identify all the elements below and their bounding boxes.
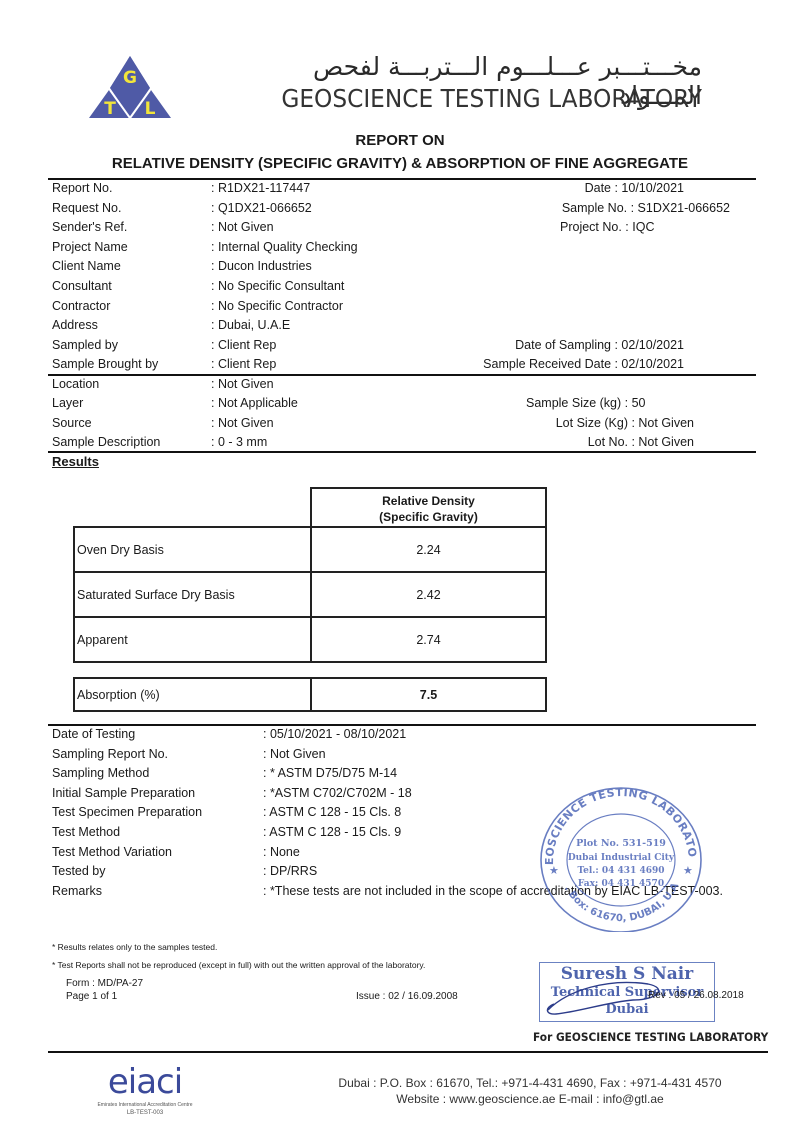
- row-label-oven-dry: Oven Dry Basis: [77, 528, 307, 571]
- date-of-sampling: Date of Sampling : 02/10/2021: [515, 338, 684, 352]
- for-lab-label: For GEOSCIENCE TESTING LABORATORY: [533, 1030, 768, 1044]
- report-heading: REPORT ON: [0, 132, 800, 149]
- info-row-request-no: Request No. : Q1DX21-066652 Sample No. :…: [52, 201, 752, 220]
- svg-text:L: L: [145, 99, 156, 119]
- value-ssd: 2.42: [312, 573, 545, 616]
- svg-text:Tel.: 04 431 4690: Tel.: 04 431 4690: [577, 866, 664, 876]
- report-date: Date : 10/10/2021: [585, 181, 684, 195]
- info-row-client-name: Client Name : Ducon Industries: [52, 259, 752, 278]
- value-oven-dry: 2.24: [312, 528, 545, 571]
- sample-row-layer: Layer : Not Applicable Sample Size (kg) …: [52, 396, 752, 415]
- gtl-logo: G T L: [88, 54, 172, 120]
- footer-contact: Website : www.geoscience.ae E-mail : inf…: [280, 1092, 780, 1106]
- form-number: Form : MD/PA-27: [66, 978, 143, 989]
- absorption-label: Absorption (%): [77, 679, 307, 710]
- svg-text:★: ★: [549, 865, 559, 877]
- row-label-apparent: Apparent: [77, 618, 307, 661]
- test-row-date: Date of Testing: 05/10/2021 - 08/10/2021: [52, 727, 772, 747]
- sample-row-location: Location : Not Given: [52, 377, 752, 396]
- sample-no: Sample No. : S1DX21-066652: [562, 201, 730, 215]
- lab-stamp: GEOSCIENCE TESTING LABORATORY P.O. Box: …: [535, 780, 707, 932]
- sample-row-source: Source : Not Given Lot Size (Kg) : Not G…: [52, 416, 752, 435]
- page-number: Page 1 of 1: [66, 991, 117, 1002]
- svg-text:Dubai Industrial City: Dubai Industrial City: [568, 853, 675, 863]
- svg-text:T: T: [104, 99, 116, 119]
- lab-name: GEOSCIENCE TESTING LABORATORY: [272, 84, 702, 113]
- test-row-sampling-report: Sampling Report No.: Not Given: [52, 747, 772, 767]
- info-row-contractor: Contractor : No Specific Contractor: [52, 299, 752, 318]
- info-row-sampled-by: Sampled by : Client Rep Date of Sampling…: [52, 338, 752, 357]
- note-results: * Results relates only to the samples te…: [52, 942, 217, 952]
- absorption-value: 7.5: [312, 679, 545, 710]
- lot-size: Lot Size (Kg) : Not Given: [556, 416, 694, 430]
- sample-received-date: Sample Received Date : 02/10/2021: [483, 357, 684, 371]
- svg-text:Fax: 04 431 4570: Fax: 04 431 4570: [578, 879, 664, 889]
- issue-number: Issue : 02 / 16.09.2008: [356, 991, 458, 1002]
- divider: [48, 724, 756, 726]
- info-row-consultant: Consultant : No Specific Consultant: [52, 279, 752, 298]
- footer-address: Dubai : P.O. Box : 61670, Tel.: +971-4-4…: [280, 1076, 780, 1090]
- value-apparent: 2.74: [312, 618, 545, 661]
- report-title: RELATIVE DENSITY (SPECIFIC GRAVITY) & AB…: [0, 155, 800, 172]
- info-row-address: Address : Dubai, U.A.E: [52, 318, 752, 337]
- divider: [48, 451, 756, 453]
- info-row-project-name: Project Name : Internal Quality Checking: [52, 240, 752, 259]
- info-row-report-no: Report No. : R1DX21-117447 Date : 10/10/…: [52, 181, 752, 200]
- footer-divider: [48, 1051, 768, 1053]
- svg-text:G: G: [123, 68, 137, 88]
- svg-text:★: ★: [683, 865, 693, 877]
- divider: [48, 178, 756, 180]
- sample-size: Sample Size (kg) : 50: [526, 396, 646, 410]
- lot-no: Lot No. : Not Given: [588, 435, 694, 449]
- results-heading: Results: [52, 454, 99, 469]
- info-row-senders-ref: Sender's Ref. : Not Given Project No. : …: [52, 220, 752, 239]
- svg-text:Plot No. 531-519: Plot No. 531-519: [576, 838, 666, 849]
- note-reproduction: * Test Reports shall not be reproduced (…: [52, 960, 425, 970]
- row-label-ssd: Saturated Surface Dry Basis: [77, 573, 307, 616]
- column-header: Relative Density (Specific Gravity): [310, 489, 547, 529]
- revision-number: Rev : 05 / 26.08.2018: [648, 990, 744, 1001]
- eiaci-logo: eiaci Emirates International Accreditati…: [90, 1064, 200, 1126]
- project-no: Project No. : IQC: [560, 220, 654, 234]
